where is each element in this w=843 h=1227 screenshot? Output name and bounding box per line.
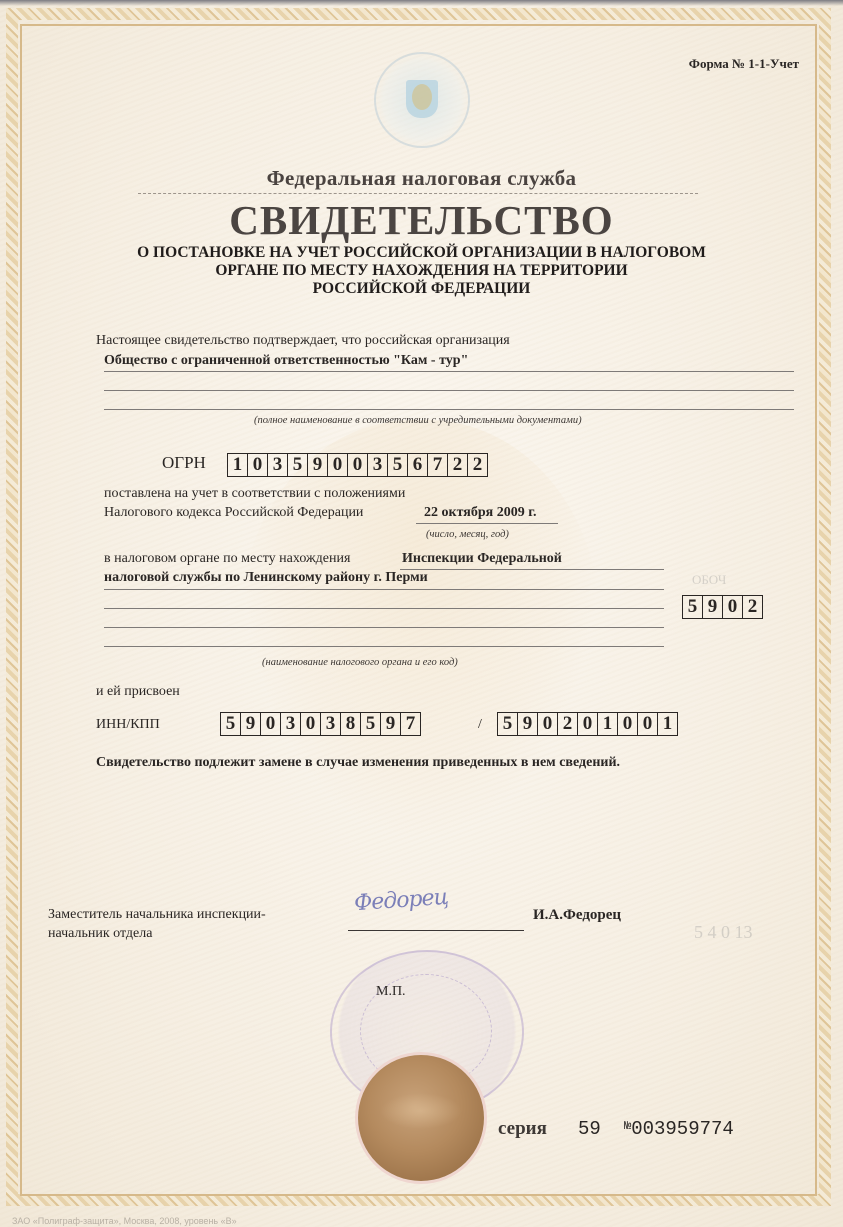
digit-box: 7 <box>427 454 447 476</box>
document-subtitle: О ПОСТАНОВКЕ НА УЧЕТ РОССИЙСКОЙ ОРГАНИЗА… <box>0 244 843 298</box>
digit-box: 5 <box>287 454 307 476</box>
tax-office-line <box>104 646 664 647</box>
ogrn-digit-boxes: 1035900356722 <box>227 453 488 477</box>
fns-emblem-icon <box>374 52 470 148</box>
tax-office-prefix: в налоговом органе по месту нахождения <box>104 551 350 567</box>
signer-position-line2: начальник отдела <box>48 926 152 942</box>
tax-office-name-line1: Инспекции Федеральной <box>402 551 562 567</box>
inn-kpp-separator: / <box>478 717 482 733</box>
digit-box: 3 <box>267 454 287 476</box>
digit-box: 5 <box>498 713 517 735</box>
organization-caption: (полное наименование в соответствии с уч… <box>254 415 582 426</box>
tax-office-caption: (наименование налогового органа и его ко… <box>262 657 458 668</box>
digit-box: 2 <box>742 596 762 618</box>
digit-box: 7 <box>400 713 420 735</box>
agency-divider <box>138 193 698 194</box>
digit-box: 2 <box>447 454 467 476</box>
kpp-digit-boxes: 590201001 <box>497 712 678 736</box>
tax-office-name-line2: налоговой службы по Ленинскому району г.… <box>104 570 428 586</box>
digit-box: 0 <box>637 713 657 735</box>
tax-office-line <box>104 608 664 609</box>
digit-box: 1 <box>228 454 247 476</box>
document-title: СВИДЕТЕЛЬСТВО <box>0 196 843 244</box>
inn-digit-boxes: 5903038597 <box>220 712 421 736</box>
series-label: серия <box>498 1118 547 1140</box>
double-headed-eagle-icon <box>412 84 432 110</box>
tax-office-line <box>400 569 664 570</box>
digit-box: 9 <box>517 713 537 735</box>
agency-name: Федеральная налоговая служба <box>0 166 843 191</box>
digit-box: 0 <box>577 713 597 735</box>
printer-footer: ЗАО «Полиграф-защита», Москва, 2008, уро… <box>12 1216 237 1226</box>
digit-box: 0 <box>260 713 280 735</box>
digit-box: 0 <box>300 713 320 735</box>
registered-text-line2: Налогового кодекса Российской Федерации <box>104 505 363 521</box>
organization-line <box>104 371 794 372</box>
tax-office-code-boxes: 5902 <box>682 595 763 619</box>
digit-box: 0 <box>347 454 367 476</box>
digit-box: 0 <box>722 596 742 618</box>
signer-name: И.А.Федорец <box>533 907 621 924</box>
date-caption: (число, месяц, год) <box>426 529 509 540</box>
subtitle-line: О ПОСТАНОВКЕ НА УЧЕТ РОССИЙСКОЙ ОРГАНИЗА… <box>0 244 843 262</box>
registered-text-line1: поставлена на учет в соответствии с поло… <box>104 486 405 502</box>
confirm-text: Настоящее свидетельство подтверждает, чт… <box>96 333 510 349</box>
date-line <box>416 523 558 524</box>
digit-box: 1 <box>597 713 617 735</box>
digit-box: 9 <box>702 596 722 618</box>
series-value: 59 <box>578 1118 601 1140</box>
digit-box: 9 <box>307 454 327 476</box>
subtitle-line: ОРГАНЕ ПО МЕСТУ НАХОЖДЕНИЯ НА ТЕРРИТОРИИ <box>0 262 843 280</box>
digit-box: 3 <box>280 713 300 735</box>
digit-box: 3 <box>367 454 387 476</box>
signer-position-line1: Заместитель начальника инспекции- <box>48 907 266 923</box>
digit-box: 0 <box>327 454 347 476</box>
assigned-text: и ей присвоен <box>96 684 180 700</box>
faint-bleed-through-text: 5 4 0 13 <box>694 922 753 943</box>
digit-box: 9 <box>240 713 260 735</box>
ogrn-label: ОГРН <box>162 453 206 473</box>
signature-line <box>348 930 524 931</box>
digit-box: 1 <box>657 713 677 735</box>
digit-box: 0 <box>537 713 557 735</box>
organization-line <box>104 409 794 410</box>
digit-box: 5 <box>387 454 407 476</box>
digit-box: 3 <box>320 713 340 735</box>
tax-office-line <box>104 627 664 628</box>
form-number: Форма № 1-1-Учет <box>689 56 799 72</box>
certificate-number: №003959774 <box>624 1118 734 1140</box>
registration-date: 22 октября 2009 г. <box>424 505 536 521</box>
tax-office-line <box>104 589 664 590</box>
organization-line <box>104 390 794 391</box>
inn-kpp-label: ИНН/КПП <box>96 717 160 733</box>
eagle-icon <box>380 1093 462 1129</box>
digit-box: 2 <box>467 454 487 476</box>
faint-bleed-through-text: ОБОЧ <box>692 572 726 588</box>
subtitle-line: РОССИЙСКОЙ ФЕДЕРАЦИИ <box>0 280 843 298</box>
digit-box: 8 <box>340 713 360 735</box>
gold-eagle-seal-icon <box>358 1055 484 1181</box>
scan-edge-shadow <box>0 0 843 6</box>
digit-box: 6 <box>407 454 427 476</box>
digit-box: 5 <box>221 713 240 735</box>
digit-box: 5 <box>360 713 380 735</box>
digit-box: 5 <box>683 596 702 618</box>
replacement-notice: Свидетельство подлежит замене в случае и… <box>96 755 620 771</box>
eagle-watermark-icon <box>240 420 600 840</box>
certificate-number-value: 003959774 <box>631 1118 734 1140</box>
digit-box: 0 <box>617 713 637 735</box>
organization-name: Общество с ограниченной ответственностью… <box>104 353 468 369</box>
stamp-place-label: М.П. <box>376 984 406 1000</box>
digit-box: 0 <box>247 454 267 476</box>
digit-box: 9 <box>380 713 400 735</box>
digit-box: 2 <box>557 713 577 735</box>
